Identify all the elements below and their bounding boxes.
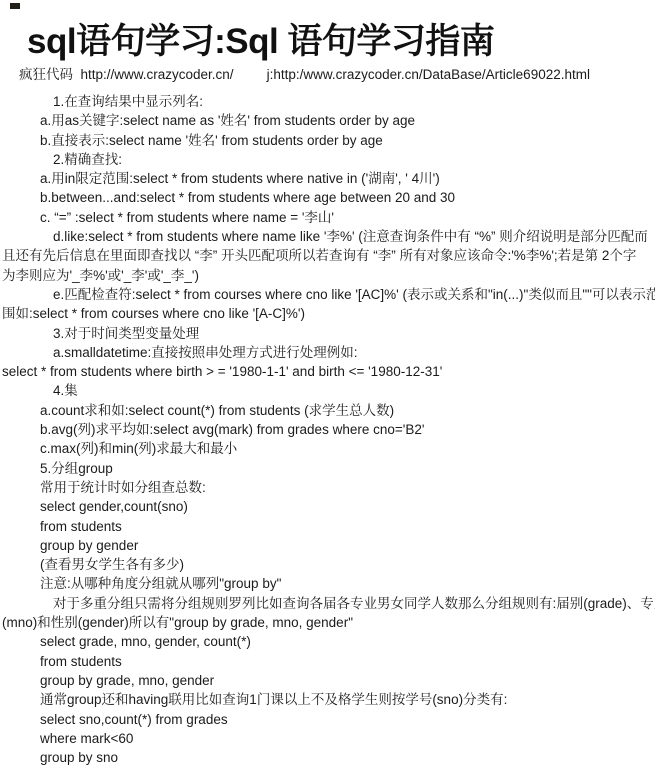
text-line: where mark<60 (0, 729, 655, 748)
text-line: select sno,count(*) from grades (0, 710, 655, 729)
text-line: e.匹配检查符:select * from courses where cno … (0, 285, 655, 304)
text-line: 1.在查询结果中显示列名: (0, 92, 655, 111)
text-line: a.smalldatetime:直接按照串处理方式进行处理例如: (0, 343, 655, 362)
text-line: d.like:select * from students where name… (0, 227, 655, 246)
text-line: group by gender (0, 536, 655, 555)
text-line: 且还有先后信息在里面即查找以 “李” 开头匹配项所以若查询有 “李” 所有对象应… (0, 246, 655, 265)
text-line: c.max(列)和min(列)求最大和最小 (0, 439, 655, 458)
text-line: 围如:select * from courses where cno like … (0, 304, 655, 323)
text-line: 注意:从哪种角度分组就从哪列"group by" (0, 574, 655, 593)
text-line: select * from students where birth > = '… (0, 362, 655, 381)
text-line: from students (0, 517, 655, 536)
text-line: group by grade, mno, gender (0, 671, 655, 690)
text-line: a.用in限定范围:select * from students where n… (0, 169, 655, 188)
text-line: a.count求和如:select count(*) from students… (0, 401, 655, 420)
content: 1.在查询结果中显示列名:a.用as关键字:select name as '姓名… (0, 92, 655, 767)
text-line: b.直接表示:select name '姓名' from students or… (0, 131, 655, 150)
text-line: 5.分组group (0, 459, 655, 478)
text-line: 2.精确查找: (0, 150, 655, 169)
text-line: select grade, mno, gender, count(*) (0, 632, 655, 651)
corner-mark (10, 3, 20, 9)
article-url: j:http:/www.crazycoder.cn/DataBase/Artic… (267, 65, 590, 84)
text-line: a.用as关键字:select name as '姓名' from studen… (0, 111, 655, 130)
text-line: b.avg(列)求平均如:select avg(mark) from grade… (0, 420, 655, 439)
page-title: sql语句学习:Sql 语句学习指南 (27, 22, 655, 62)
text-line: select gender,count(sno) (0, 497, 655, 516)
text-line: 常用于统计时如分组查总数: (0, 478, 655, 497)
text-line: 3.对于时间类型变量处理 (0, 324, 655, 343)
source-line: 疯狂代码 http://www.crazycoder.cn/ j:http:/w… (19, 65, 655, 84)
source-site-url: 疯狂代码 http://www.crazycoder.cn/ (19, 65, 234, 84)
text-line: 为李则应为'_李%'或'_李'或'_李_') (0, 266, 655, 285)
text-line: group by sno (0, 748, 655, 767)
text-line: c. “=” :select * from students where nam… (0, 208, 655, 227)
text-line: from students (0, 652, 655, 671)
text-line: (mno)和性别(gender)所以有"group by grade, mno,… (0, 613, 655, 632)
text-line: (查看男女学生各有多少) (0, 555, 655, 574)
text-line: b.between...and:select * from students w… (0, 188, 655, 207)
text-line: 通常group还和having联用比如查询1门课以上不及格学生则按学号(sno)… (0, 690, 655, 709)
text-line: 对于多重分组只需将分组规则罗列比如查询各届各专业男女同学人数那么分组规则有:届别… (0, 594, 655, 613)
text-line: 4.集 (0, 381, 655, 400)
